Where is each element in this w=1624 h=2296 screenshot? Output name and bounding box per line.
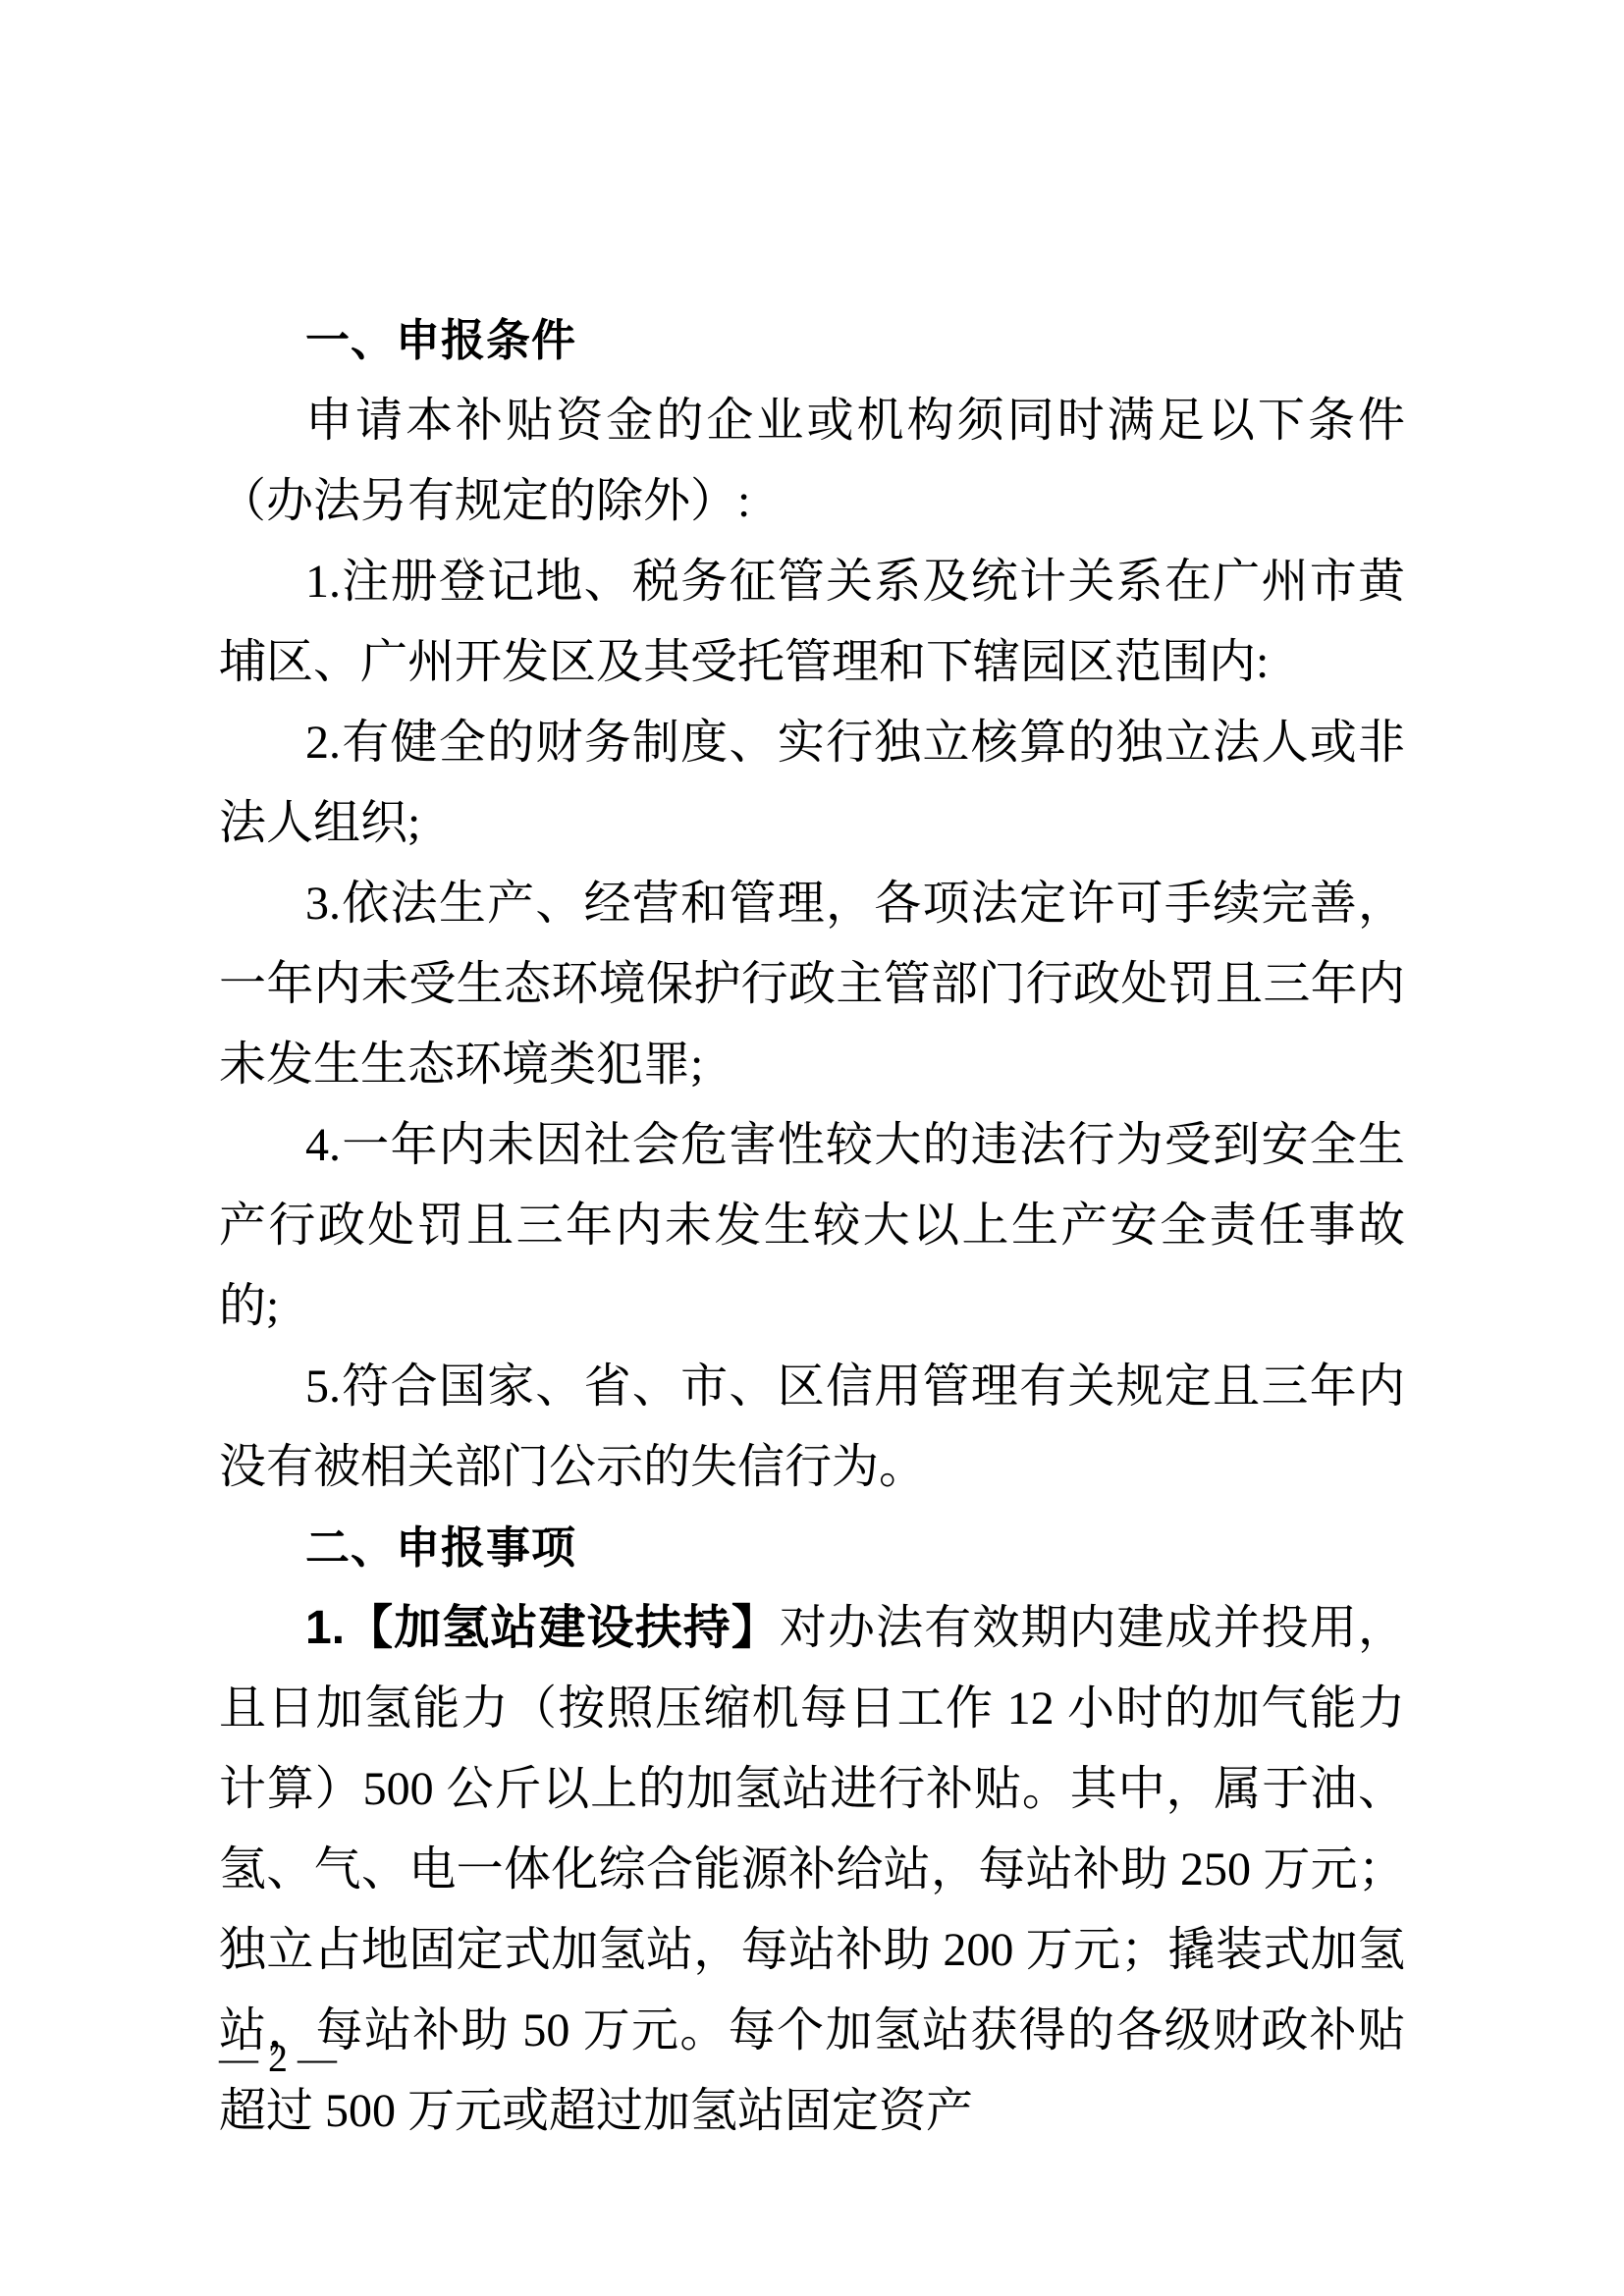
section2-item-1-text: 对办法有效期内建成并投用，且日加氢能力（按照压缩机每日工作 12 小时的加气能力… xyxy=(219,1602,1405,2137)
page-number: — 2 — xyxy=(219,2024,337,2093)
section2-heading: 二、申报事项 xyxy=(219,1508,1405,1588)
section2-item-1: 1.【加氢站建设扶持】对办法有效期内建成并投用，且日加氢能力（按照压缩机每日工作… xyxy=(219,1588,1405,2152)
document-body: 一、申报条件 申请本补贴资金的企业或机构须同时满足以下条件（办法另有规定的除外）… xyxy=(219,300,1405,2152)
section1-heading: 一、申报条件 xyxy=(219,300,1405,381)
section1-item-3: 3.依法生产、经营和管理，各项法定许可手续完善，一年内未受生态环境保护行政主管部… xyxy=(219,864,1405,1105)
section2-item-1-label: 1.【加氢站建设扶持】 xyxy=(305,1602,780,1654)
section1-item-2: 2.有健全的财务制度、实行独立核算的独立法人或非法人组织; xyxy=(219,703,1405,864)
section1-item-5: 5.符合国家、省、市、区信用管理有关规定且三年内没有被相关部门公示的失信行为。 xyxy=(219,1347,1405,1508)
section1-item-1: 1.注册登记地、税务征管关系及统计关系在广州市黄埔区、广州开发区及其受托管理和下… xyxy=(219,542,1405,703)
document-page: 一、申报条件 申请本补贴资金的企业或机构须同时满足以下条件（办法另有规定的除外）… xyxy=(0,0,1624,2296)
section1-intro-paragraph: 申请本补贴资金的企业或机构须同时满足以下条件（办法另有规定的除外）: xyxy=(219,381,1405,542)
section1-item-4: 4.一年内未因社会危害性较大的违法行为受到安全生产行政处罚且三年内未发生较大以上… xyxy=(219,1105,1405,1347)
